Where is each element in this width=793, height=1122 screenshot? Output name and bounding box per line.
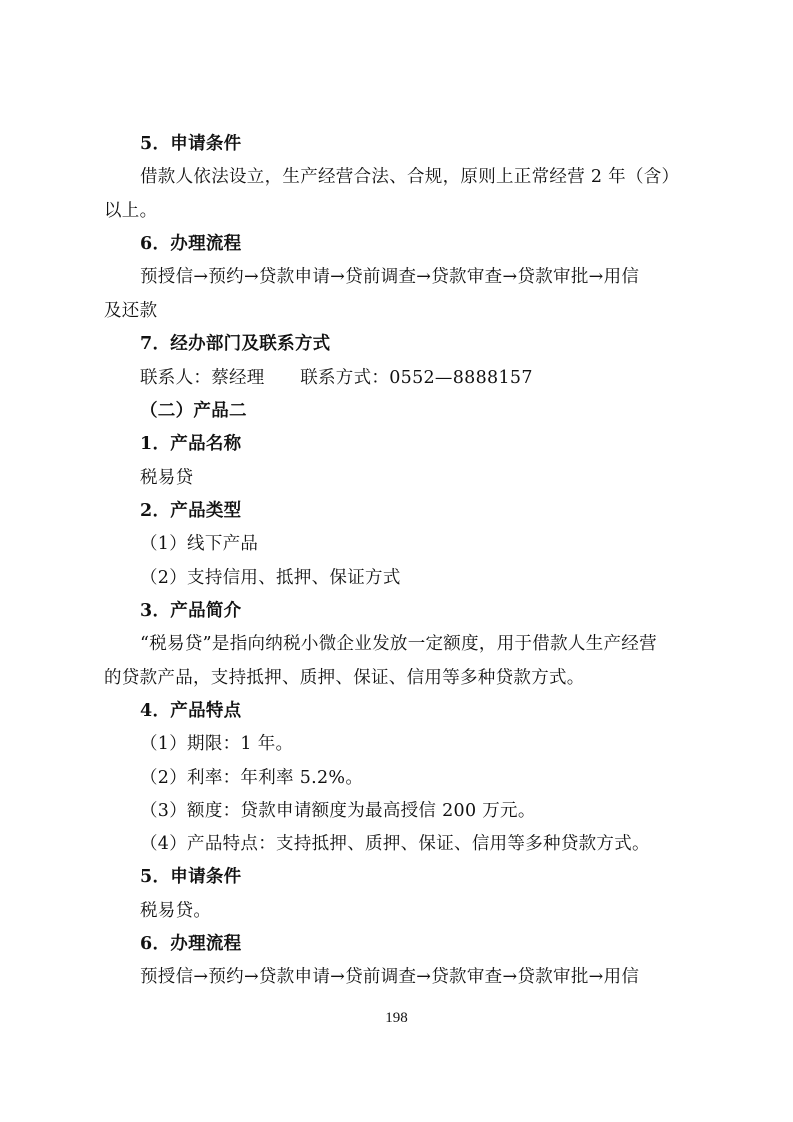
body-text-line: 及还款 xyxy=(104,300,157,322)
section-heading: 6．办理流程 xyxy=(140,933,241,955)
body-text-line: 借款人依法设立，生产经营合法、合规，原则上正常经营 2 年（含） xyxy=(140,166,679,188)
section-heading: 3．产品简介 xyxy=(140,600,241,622)
body-text-line: （4）产品特点：支持抵押、质押、保证、信用等多种贷款方式。 xyxy=(140,833,650,855)
body-text-line: “税易贷”是指向纳税小微企业发放一定额度，用于借款人生产经营 xyxy=(140,633,657,655)
section-heading: 1．产品名称 xyxy=(140,433,241,455)
body-text-line: 以上。 xyxy=(104,200,157,222)
body-text-line: （1）线下产品 xyxy=(140,533,258,555)
body-text-line: （2）支持信用、抵押、保证方式 xyxy=(140,567,401,589)
body-text-line: 联系人：蔡经理 联系方式：0552—8888157 xyxy=(140,367,533,389)
page-number: 198 xyxy=(0,1010,793,1027)
section-heading: 2．产品类型 xyxy=(140,500,241,522)
section-heading: 5．申请条件 xyxy=(140,133,241,155)
body-text-line: （3）额度：贷款申请额度为最高授信 200 万元。 xyxy=(140,800,536,822)
section-heading: 5．申请条件 xyxy=(140,866,241,888)
section-heading: 6．办理流程 xyxy=(140,233,241,255)
section-heading: （二）产品二 xyxy=(140,400,247,422)
body-text-line: （1）期限：1 年。 xyxy=(140,733,293,755)
body-text-line: 税易贷 xyxy=(140,467,193,489)
body-text-line: （2）利率：年利率 5.2%。 xyxy=(140,767,363,789)
body-text-line: 税易贷。 xyxy=(140,900,211,922)
body-text-line: 的贷款产品，支持抵押、质押、保证、信用等多种贷款方式。 xyxy=(104,667,585,689)
section-heading: 4．产品特点 xyxy=(140,700,241,722)
body-text-line: 预授信→预约→贷款申请→贷前调查→贷款审查→贷款审批→用信 xyxy=(140,966,639,988)
section-heading: 7．经办部门及联系方式 xyxy=(140,333,330,355)
body-text-line: 预授信→预约→贷款申请→贷前调查→贷款审查→贷款审批→用信 xyxy=(140,266,639,288)
